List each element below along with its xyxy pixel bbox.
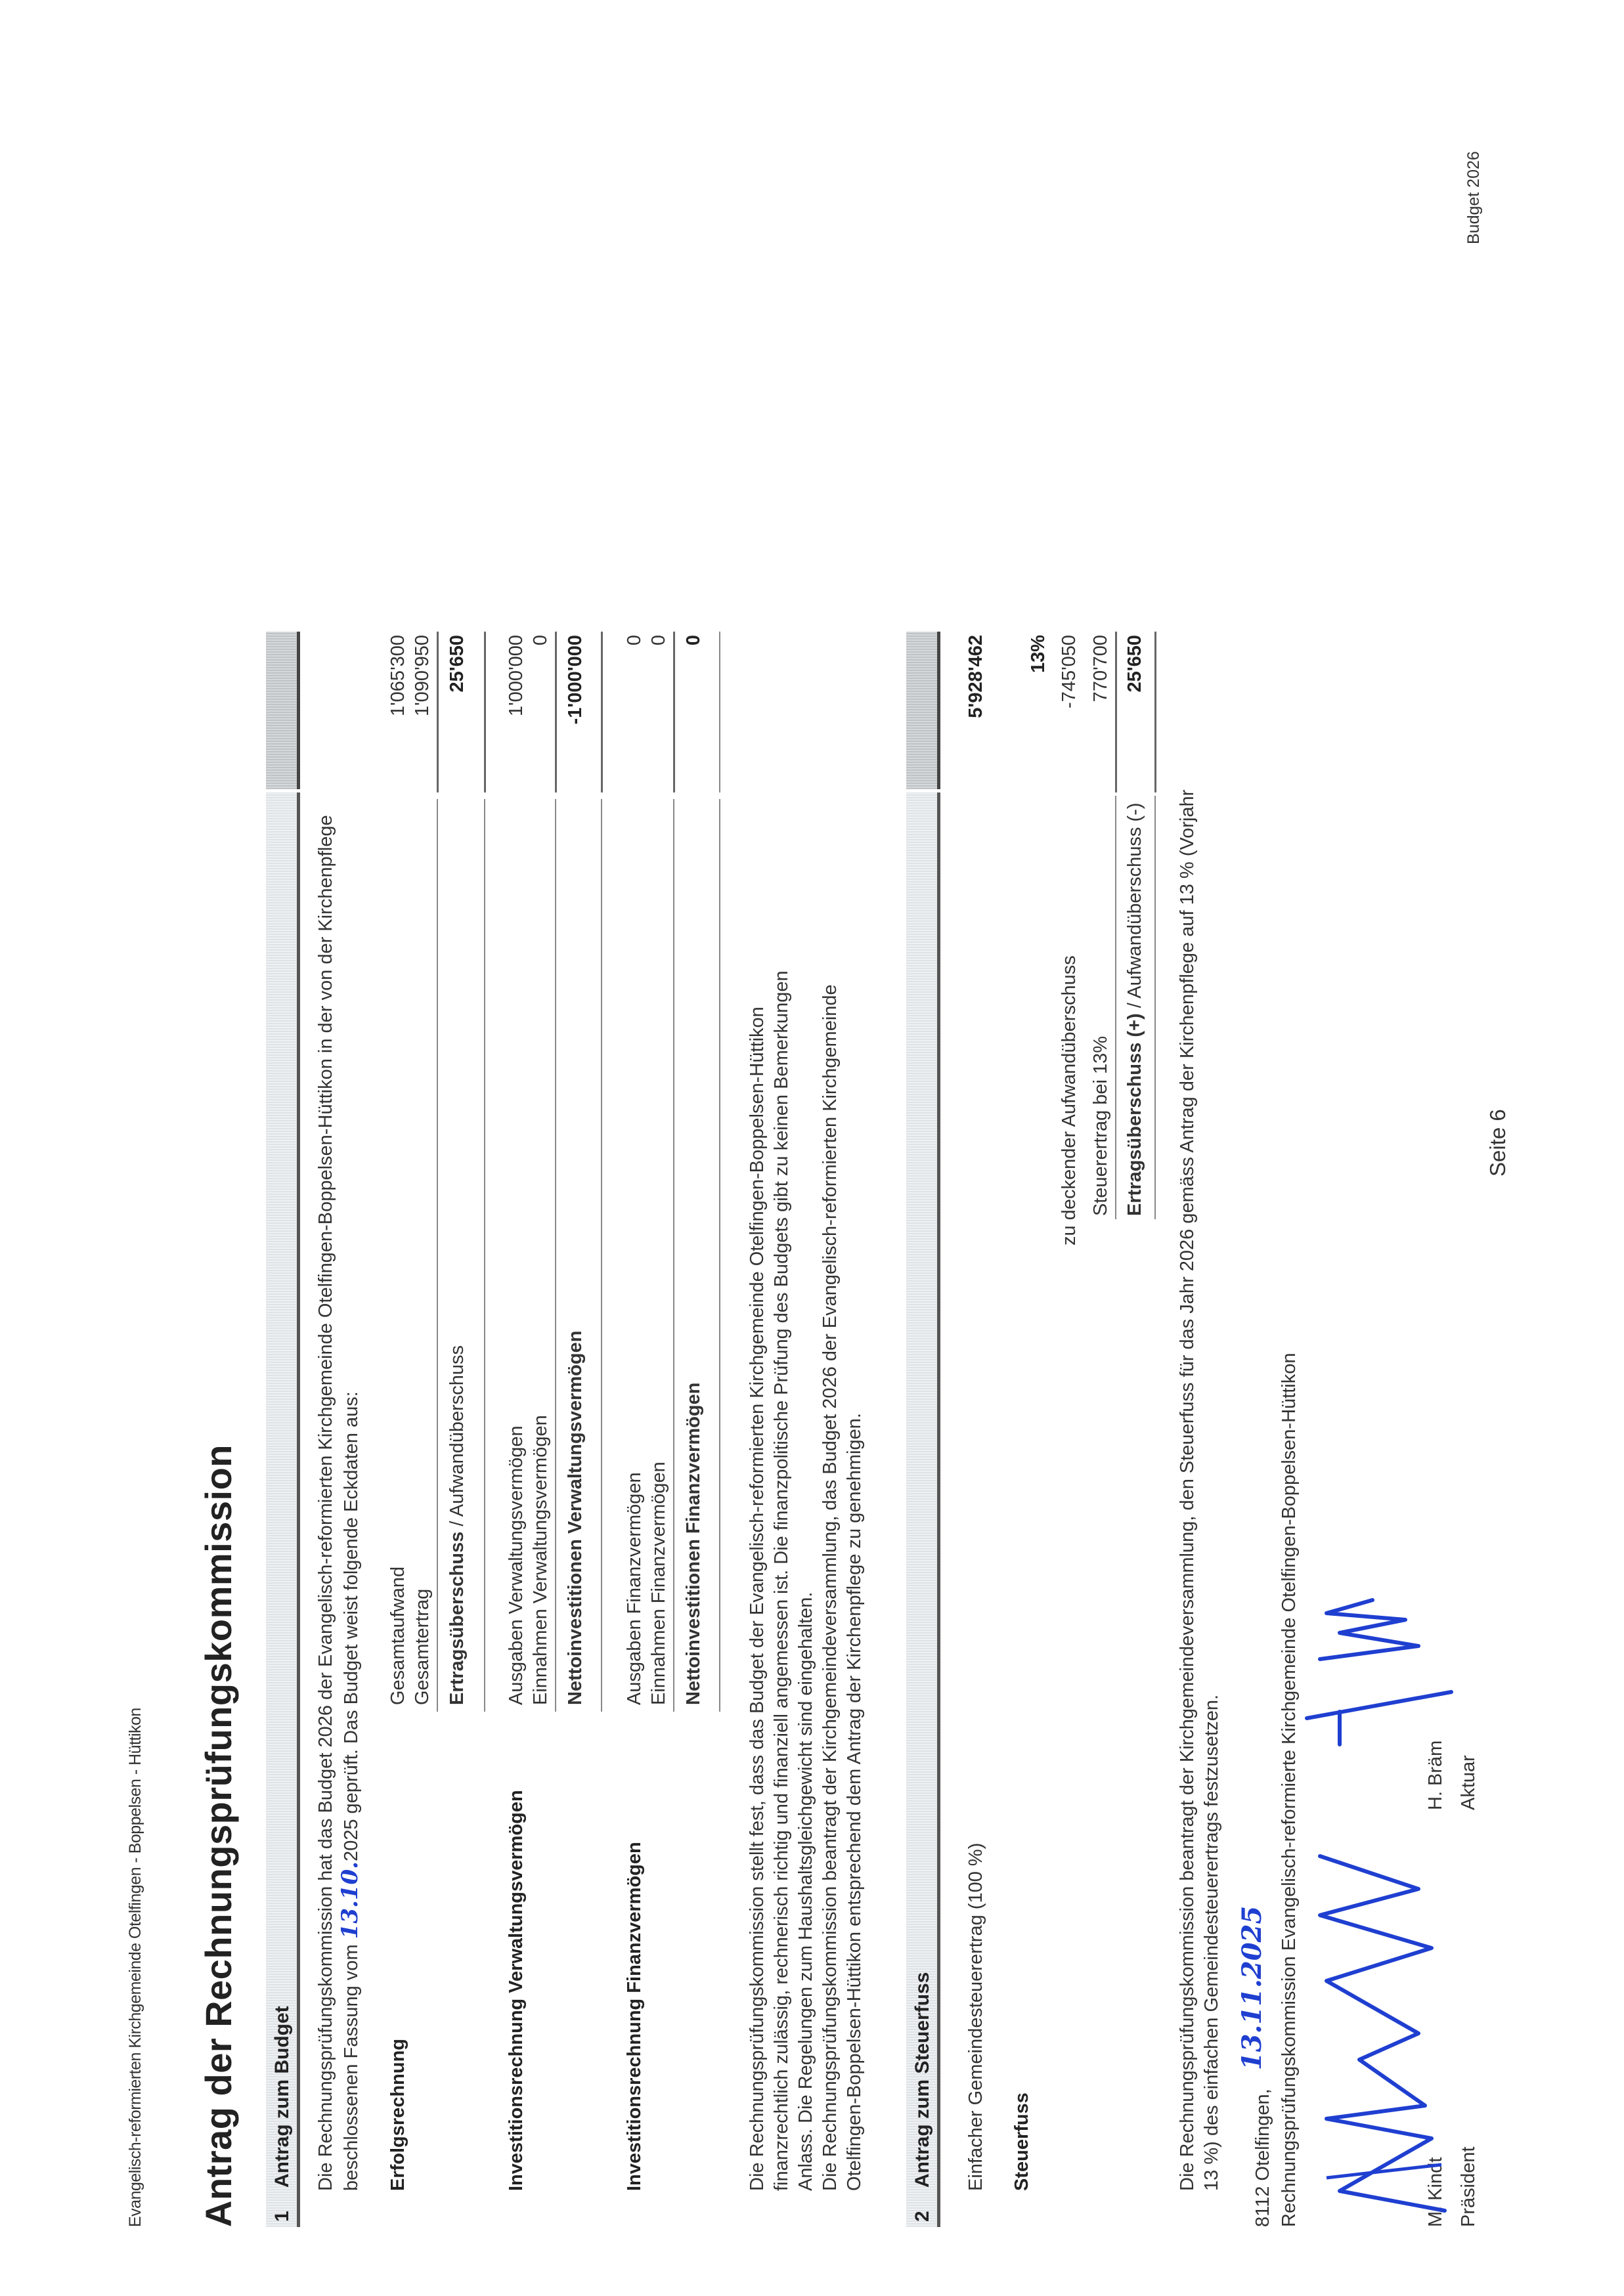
- section-2-total-label: Ertragsüberschuss (+) / Aufwandüberschus…: [1124, 803, 1146, 1216]
- divider: [719, 799, 720, 1712]
- section-1-conclusion-line: Die Rechnungsprüfungskommission beantrag…: [818, 984, 843, 2191]
- einfacher-gemeindesteuerertrag-label: Einfacher Gemeindesteuerertrag (100 %): [965, 1843, 987, 2191]
- row-value: 0: [624, 635, 646, 806]
- row-value: 0: [530, 635, 552, 806]
- total-label-bold: Nettoinvestitionen Verwaltungsvermögen: [565, 1331, 586, 1705]
- divider: [1115, 796, 1116, 1219]
- handwritten-signature-date: 13.11.2025: [1237, 1906, 1267, 2071]
- section-1-header-value-col: [266, 632, 300, 789]
- section-1-conclusion-line: finanzrechtlich zulässig, rechnerisch ri…: [770, 970, 794, 2191]
- total-label-rest: / Aufwandüberschuss (-): [1124, 803, 1145, 1014]
- intro-suffix: 2025 geprüft. Das Budget weist folgende …: [341, 1391, 362, 1861]
- group-label-verwaltungsvermoegen: Investitionsrechnung Verwaltungsvermögen: [506, 1790, 527, 2191]
- row-label: Ausgaben Verwaltungsvermögen: [506, 1425, 527, 1705]
- divider: [484, 632, 486, 792]
- divider: [1154, 796, 1156, 1219]
- divider: [673, 632, 675, 792]
- steuerfuss-label: Steuerfuss: [1011, 2092, 1033, 2191]
- section-1-conclusion-line: Anlass. Die Regelungen zum Haushaltsglei…: [794, 1592, 818, 2191]
- page-title: Antrag der Rechnungsprüfungskommission: [197, 1444, 240, 2227]
- section-2-number: 2: [911, 2211, 934, 2222]
- total-value: -1'000'000: [565, 635, 586, 806]
- divider: [484, 799, 485, 1712]
- section-2-conclusion-line: 13 %) des einfachen Gemeindesteuerertrag…: [1200, 1695, 1224, 2191]
- section-2-header: 2 Antrag zum Steuerfuss: [906, 792, 940, 2227]
- total-value: 25'650: [447, 635, 468, 806]
- row-value: 1'090'950: [412, 635, 433, 806]
- place-text: 8112 Otelfingen,: [1252, 2089, 1273, 2227]
- divider: [719, 632, 720, 792]
- section-2-title: Antrag zum Steuerfuss: [911, 1972, 934, 2188]
- row-value: 1'065'300: [387, 635, 409, 806]
- section-1-conclusion-line: Otelfingen-Boppelsen-Hüttikon entspreche…: [843, 1413, 867, 2191]
- section-2-header-value-col: [906, 632, 940, 789]
- signature-place: 8112 Otelfingen, 13.11.2025: [1248, 1906, 1275, 2227]
- section-2-conclusion-line: Die Rechnungsprüfungskommission beantrag…: [1175, 790, 1200, 2191]
- section-1-intro-line-1: Die Rechnungsprüfungskommission hat das …: [314, 815, 338, 2191]
- row-label: Gesamtertrag: [412, 1589, 433, 1705]
- divider: [601, 799, 602, 1712]
- total-label: Ertragsüberschuss / Aufwandüberschuss: [447, 1345, 468, 1705]
- total-label: Nettoinvestitionen Finanzvermögen: [683, 1383, 705, 1705]
- section-2-total-value: 25'650: [1124, 635, 1146, 806]
- total-label-bold: Nettoinvestitionen Finanzvermögen: [683, 1383, 704, 1705]
- row-value: -745'050: [1059, 635, 1080, 806]
- divider: [437, 799, 438, 1712]
- einfacher-gemeindesteuerertrag-value: 5'928'462: [965, 635, 987, 806]
- divider: [673, 799, 674, 1712]
- row-label: Steuerertrag bei 13%: [1090, 1036, 1112, 1216]
- divider: [555, 632, 557, 792]
- total-label: Nettoinvestitionen Verwaltungsvermögen: [565, 1331, 586, 1705]
- row-label: zu deckender Aufwandüberschuss: [1059, 955, 1080, 1245]
- section-1-number: 1: [271, 2211, 294, 2222]
- section-1-intro-line-2: beschlossenen Fassung vom 13.10.2025 gep…: [338, 1391, 364, 2191]
- row-label: Einnahmen Verwaltungsvermögen: [530, 1415, 552, 1705]
- divider: [555, 799, 556, 1712]
- section-1-title: Antrag zum Budget: [271, 2006, 294, 2188]
- section-1-conclusion-line: Die Rechnungsprüfungskommission stellt f…: [745, 1007, 770, 2191]
- signature-committee: Rechnungsprüfungskommission Evangelisch-…: [1277, 1353, 1302, 2227]
- row-value: 1'000'000: [506, 635, 527, 806]
- row-label: Ausgaben Finanzvermögen: [624, 1472, 646, 1705]
- row-label: Einnahmen Finanzvermögen: [648, 1462, 670, 1705]
- document-page: Evangelisch-reformierten Kirchgemeinde O…: [0, 0, 1624, 2296]
- signer-1-role: Präsident: [1458, 2146, 1480, 2227]
- section-1-header: 1 Antrag zum Budget: [266, 792, 300, 2227]
- page-number: Seite 6: [1485, 1109, 1510, 1177]
- intro-prefix: beschlossenen Fassung vom: [341, 1944, 362, 2191]
- divider: [437, 632, 439, 792]
- total-label-bold: Ertragsüberschuss: [447, 1532, 468, 1705]
- row-value: 770'700: [1090, 635, 1112, 806]
- handwritten-review-date: 13.10.: [337, 1861, 363, 1939]
- row-value: 0: [648, 635, 670, 806]
- total-value: 0: [683, 635, 705, 806]
- total-label-rest: / Aufwandüberschuss: [447, 1345, 468, 1532]
- divider: [1154, 632, 1156, 792]
- group-label-finanzvermoegen: Investitionsrechnung Finanzvermögen: [624, 1842, 646, 2191]
- header-organization: Evangelisch-reformierten Kirchgemeinde O…: [126, 1708, 145, 2227]
- total-label-bold: Ertragsüberschuss (+): [1124, 1013, 1145, 1216]
- row-label: Gesamtaufwand: [387, 1567, 409, 1705]
- header-document-label: Budget 2026: [1464, 151, 1483, 244]
- signer-2-role: Aktuar: [1458, 1755, 1480, 1810]
- divider: [1115, 632, 1117, 792]
- group-label-erfolgsrechnung: Erfolgsrechnung: [387, 2039, 409, 2191]
- steuerfuss-value: 13%: [1028, 635, 1049, 806]
- divider: [601, 632, 603, 792]
